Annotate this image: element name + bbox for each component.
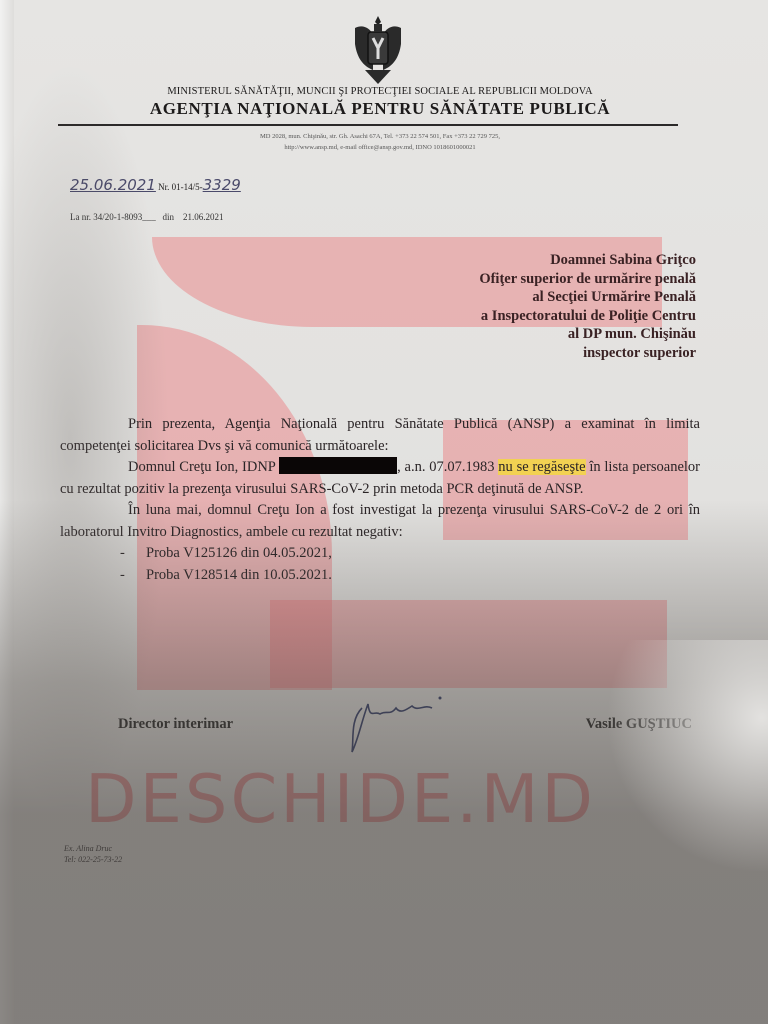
paragraph-result: Domnul Creţu Ion, IDNP , a.n. 07.07.1983… [60, 457, 700, 500]
birth-date: , a.n. 07.07.1983 [397, 459, 494, 475]
list-item: Proba V128514 din 10.05.2021. [60, 565, 700, 587]
contact-line: MD 2028, mun. Chişinău, str. Gh. Asachi … [120, 131, 640, 142]
signatory-name: Vasile GUŞTIUC [586, 716, 692, 733]
highlighted-text: nu se regăseşte [498, 459, 585, 475]
addressee-line: Doamnei Sabina Griţco [479, 251, 696, 270]
executor-name: Ex. Alina Druc [64, 843, 122, 854]
din-label: din [163, 212, 175, 222]
addressee-line: al DP mun. Chişinău [479, 325, 696, 344]
signature-icon [340, 690, 460, 760]
addressee-block: Doamnei Sabina Griţco Ofiţer superior de… [479, 251, 696, 362]
ministry-name: MINISTERUL SĂNĂTĂŢII, MUNCII ŞI PROTECŢI… [60, 86, 700, 97]
coat-of-arms-icon [349, 14, 407, 86]
paragraph-intro: Prin prezenta, Agenţia Naţională pentru … [60, 414, 700, 457]
incoming-date: 21.06.2021 [183, 212, 224, 222]
handwritten-number: 3329 [203, 176, 241, 194]
agency-name: AGENŢIA NAŢIONALĂ PENTRU SĂNĂTATE PUBLIC… [60, 99, 700, 119]
addressee-line: inspector superior [479, 344, 696, 363]
handwritten-date: 25.06.2021 [70, 176, 156, 194]
reference-line: 25.06.2021 Nr. 01-14/5-3329 [70, 176, 241, 194]
addressee-line: Ofiţer superior de urmărire penală [479, 270, 696, 289]
text: Domnul Creţu Ion, IDNP [128, 459, 275, 475]
test-list: Proba V125126 din 04.05.2021, Proba V128… [60, 543, 700, 586]
incoming-label: La nr. [70, 212, 91, 222]
executor-phone: Tel: 022-25-73-22 [64, 854, 122, 865]
letter-body: Prin prezenta, Agenţia Naţională pentru … [60, 414, 700, 586]
nr-prefix: 01-14/5- [172, 182, 203, 192]
header-divider [58, 124, 678, 126]
incoming-number: 34/20-1-8093 [93, 212, 142, 222]
signatory-title: Director interimar [118, 716, 233, 733]
watermark-text: DESCHIDE.MD [85, 760, 685, 838]
incoming-reference: La nr. 34/20-1-8093___ din 21.06.2021 [70, 212, 224, 222]
nr-label: Nr. [158, 182, 169, 192]
paragraph-tests: În luna mai, domnul Creţu Ion a fost inv… [60, 500, 700, 543]
paper-edge [0, 0, 14, 1024]
list-item: Proba V125126 din 04.05.2021, [60, 543, 700, 565]
addressee-line: al Secţiei Urmărire Penală [479, 288, 696, 307]
addressee-line: a Inspectoratului de Poliţie Centru [479, 307, 696, 326]
executor-info: Ex. Alina Druc Tel: 022-25-73-22 [64, 843, 122, 865]
redacted-idnp [279, 457, 397, 474]
watermark-shape [270, 600, 667, 688]
contact-line: http://www.ansp.md, e-mail office@ansp.g… [120, 142, 640, 153]
